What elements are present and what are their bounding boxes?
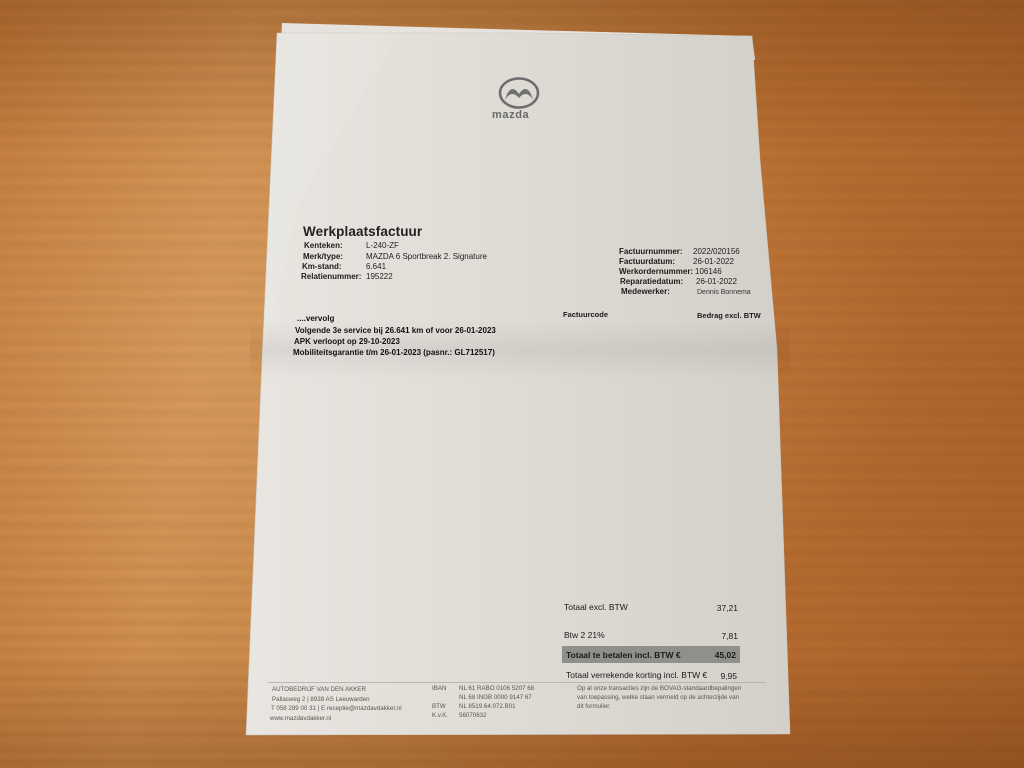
value-medewerker: Dennis Bonnema xyxy=(697,289,751,296)
footer-terms-line-3: dit formulier. xyxy=(577,703,611,710)
value-factuurdatum: 26-01-2022 xyxy=(693,257,734,266)
footer-iban-ing: NL 68 INGB 0000 9147 67 xyxy=(459,694,532,701)
column-header-bedrag: Bedrag excl. BTW xyxy=(697,311,761,320)
value-km-stand: 6.641 xyxy=(366,262,386,271)
value-btw: 7,81 xyxy=(698,631,738,641)
invoice-paper: mazda Werkplaatsfactuur Kenteken: L-240-… xyxy=(0,0,1024,768)
value-merk-type: MAZDA 6 Sportbreak 2. Signature xyxy=(366,252,487,261)
footer-address: Pallasweg 2 | 8938 AS Leeuwarden xyxy=(272,696,370,703)
footer-contact: T 058 289 00 31 | E receptie@mazdavdakke… xyxy=(271,705,402,712)
label-verrekende-korting: Totaal verrekende korting incl. BTW € xyxy=(566,670,707,680)
notes-heading: ....vervolg xyxy=(297,314,334,323)
footer-btw-label: BTW xyxy=(432,703,446,710)
value-kenteken: L-240-ZF xyxy=(366,241,399,250)
label-btw: Btw 2 21% xyxy=(564,630,605,640)
value-factuurnummer: 2022/020156 xyxy=(693,247,740,256)
label-werkordernummer: Werkordernummer: xyxy=(619,267,693,276)
footer-iban-rabo: NL 61 RABO 0106 5207 68 xyxy=(459,685,534,692)
label-merk-type: Merk/type: xyxy=(303,252,343,261)
brand-wordmark: mazda xyxy=(492,109,529,121)
label-reparatiedatum: Reparatiedatum: xyxy=(620,277,683,286)
value-werkordernummer: 106146 xyxy=(695,267,722,276)
footer-kvk-number: 56070632 xyxy=(459,712,487,719)
label-totaal-te-betalen: Totaal te betalen incl. BTW € xyxy=(566,650,681,660)
footer-terms-line-1: Op al onze transacties zijn de BOVAG-sta… xyxy=(577,685,741,692)
footer-company: AUTOBEDRIJF VAN DEN AKKER xyxy=(272,686,366,693)
label-kenteken: Kenteken: xyxy=(304,241,343,250)
footer-kvk-label: K.v.K. xyxy=(432,712,448,719)
label-medewerker: Medewerker: xyxy=(621,287,670,296)
document-title: Werkplaatsfactuur xyxy=(303,224,422,239)
value-totaal-excl: 37,21 xyxy=(698,603,738,613)
label-factuurdatum: Factuurdatum: xyxy=(619,257,675,266)
value-reparatiedatum: 26-01-2022 xyxy=(696,277,737,286)
footer-btw-number: NL 8519.64.072.B01 xyxy=(459,703,516,710)
footer-terms-line-2: van toepassing, welke staan vermeld op d… xyxy=(577,694,739,701)
column-header-factuurcode: Factuurcode xyxy=(563,310,608,319)
label-totaal-excl: Totaal excl. BTW xyxy=(564,602,628,612)
footer-divider xyxy=(268,682,766,683)
value-totaal-te-betalen: 45,02 xyxy=(696,650,736,660)
label-km-stand: Km-stand: xyxy=(302,262,342,271)
notes-line-apk: APK verloopt op 29-10-2023 xyxy=(294,337,400,346)
label-relatienummer: Relatienummer: xyxy=(301,272,361,281)
label-factuurnummer: Factuurnummer: xyxy=(619,247,683,256)
footer-website: www.mazdavdakker.nl xyxy=(270,715,331,722)
footer-iban-label: IBAN xyxy=(432,685,446,692)
notes-line-mobiliteit: Mobiliteitsgarantie t/m 26-01-2023 (pasn… xyxy=(293,348,495,357)
value-verrekende-korting: 9,95 xyxy=(697,671,737,681)
notes-line-service: Volgende 3e service bij 26.641 km of voo… xyxy=(295,326,496,335)
value-relatienummer: 195222 xyxy=(366,272,393,281)
